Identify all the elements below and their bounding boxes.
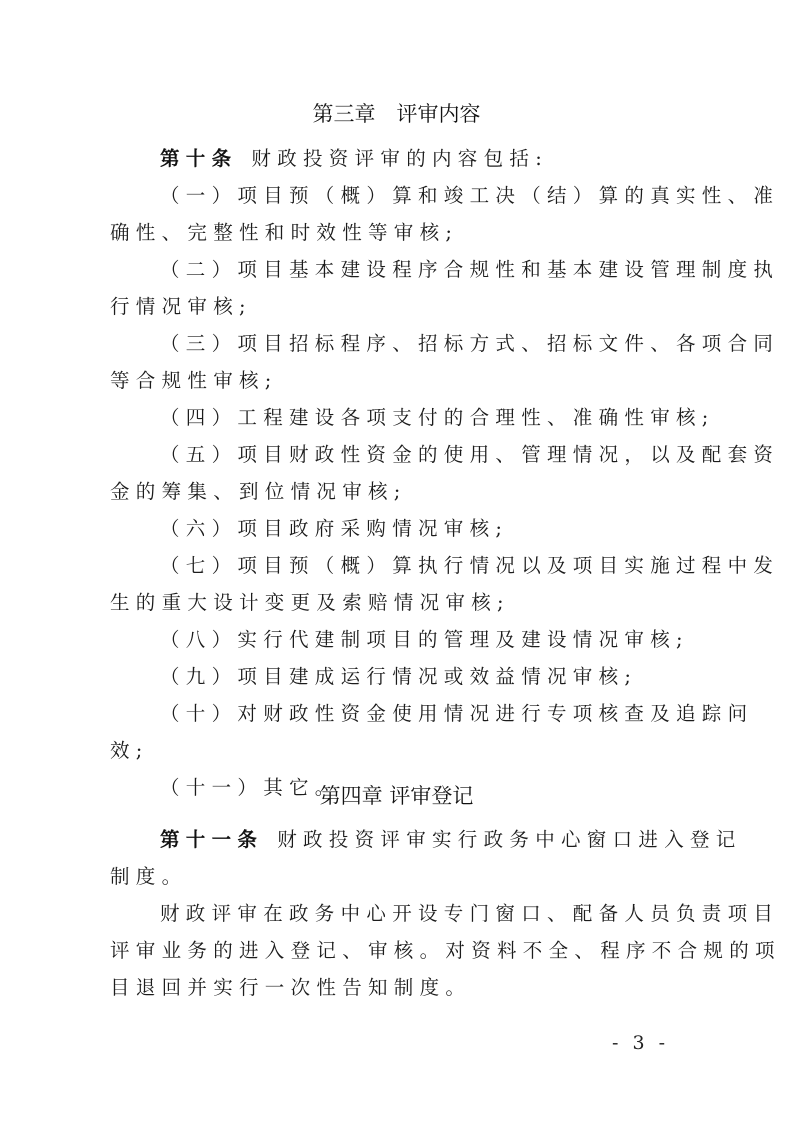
article-10-heading: 第十条财政投资评审的内容包括:	[160, 145, 720, 173]
item-2-line-2: 行情况审核;	[110, 293, 670, 321]
article-10-text: 财政投资评审的内容包括:	[251, 147, 548, 170]
item-4-line-1: （四）工程建设各项支付的合理性、准确性审核;	[160, 404, 720, 432]
item-5-line-1: （五）项目财政性资金的使用、管理情况，以及配套资	[160, 441, 720, 469]
paragraph-line-2: 评审业务的进入登记、审核。对资料不全、程序不合规的项	[110, 937, 670, 965]
document-page: 第三章 评审内容 第十条财政投资评审的内容包括: （一）项目预（概）算和竣工决（…	[0, 0, 793, 1122]
article-10-label: 第十条	[160, 147, 237, 170]
item-7-line-1: （七）项目预（概）算执行情况以及项目实施过程中发	[160, 552, 720, 580]
article-11-label: 第十一条	[160, 828, 263, 851]
item-3-line-2: 等合规性审核;	[110, 367, 670, 395]
item-6-line-1: （六）项目政府采购情况审核;	[160, 515, 720, 543]
chapter-3-title: 第三章 评审内容	[0, 100, 793, 128]
item-7-line-2: 生的重大设计变更及索赔情况审核;	[110, 589, 670, 617]
article-11-line-2: 制度。	[110, 863, 670, 891]
chapter-4-title: 第四章 评审登记	[0, 782, 793, 810]
item-9-line-1: （九）项目建成运行情况或效益情况审核;	[160, 663, 720, 691]
article-11-text: 财政投资评审实行政务中心窗口进入登记	[277, 828, 741, 851]
paragraph-line-1: 财政评审在政务中心开设专门窗口、配备人员负责项目	[160, 900, 720, 928]
item-8-line-1: （八）实行代建制项目的管理及建设情况审核;	[160, 626, 720, 654]
item-2-line-1: （二）项目基本建设程序合规性和基本建设管理制度执	[160, 256, 720, 284]
item-10-line-1: （十）对财政性资金使用情况进行专项核查及追踪问	[160, 700, 720, 728]
item-3-line-1: （三）项目招标程序、招标方式、招标文件、各项合同	[160, 330, 720, 358]
paragraph-line-3: 目退回并实行一次性告知制度。	[110, 974, 670, 1002]
item-1-line-1: （一）项目预（概）算和竣工决（结）算的真实性、准	[160, 182, 720, 210]
item-10-line-2: 效;	[110, 737, 670, 765]
page-number: - 3 -	[612, 1030, 669, 1056]
article-11-heading: 第十一条财政投资评审实行政务中心窗口进入登记	[160, 826, 720, 854]
item-5-line-2: 金的筹集、到位情况审核;	[110, 478, 670, 506]
item-1-line-2: 确性、完整性和时效性等审核;	[110, 219, 670, 247]
